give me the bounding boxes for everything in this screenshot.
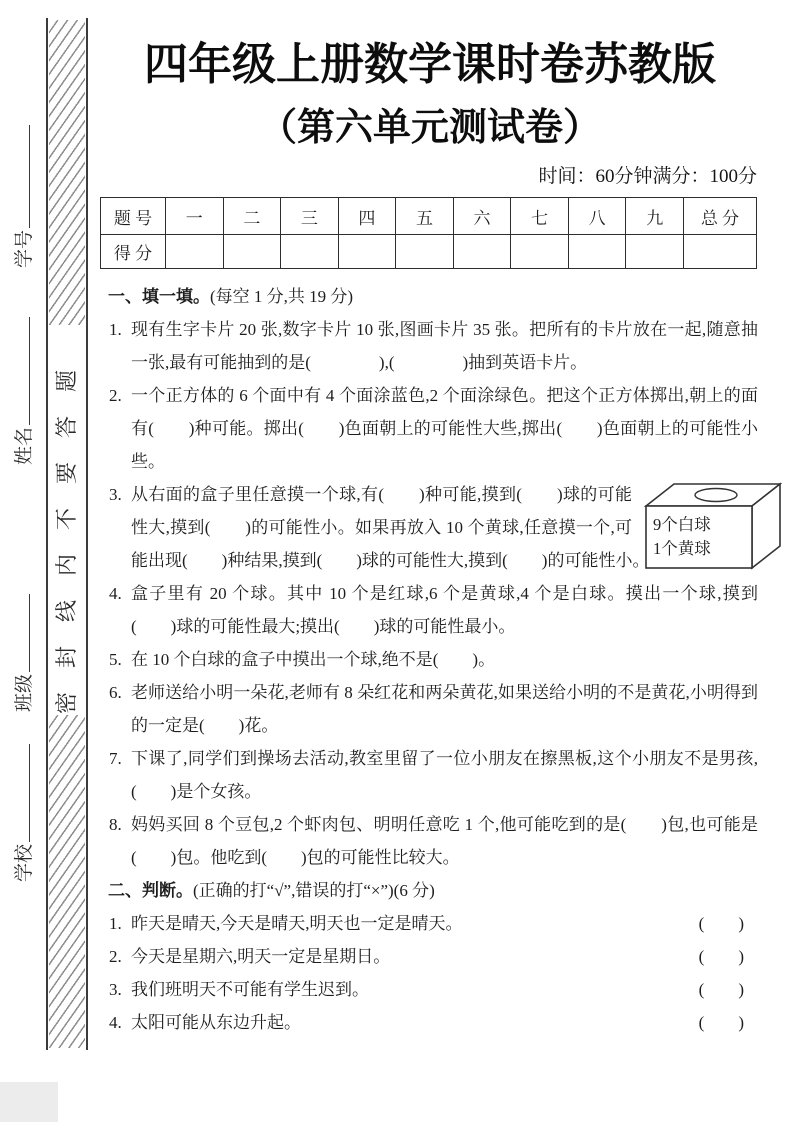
section2-title: 二、判断。 <box>108 881 193 900</box>
answer-bracket: ( ) <box>699 973 744 1006</box>
class-field: 班级 <box>12 590 36 712</box>
score-table-header-cell: 总 分 <box>684 198 757 235</box>
question-number: 6. <box>109 676 122 709</box>
score-cell <box>626 235 684 269</box>
paper-title-line1: 四年级上册数学课时卷苏教版 <box>100 28 760 92</box>
question-number: 4. <box>109 577 122 610</box>
score-cell <box>568 235 626 269</box>
question-text: 盒子里有 20 个球。其中 10 个是红球,6 个是黄球,4 个是白球。摸出一个… <box>131 584 758 636</box>
ball-box-figure: 9个白球 1个黄球 <box>642 480 782 544</box>
question-text: 老师送给小明一朵花,老师有 8 朵红花和两朵黄花,如果送给小明的不是黄花,小明得… <box>131 683 758 735</box>
score-table-header-cell: 五 <box>396 198 454 235</box>
paper-body: 一、填一填。(每空 1 分,共 19 分) 1. 现有生字卡片 20 张,数字卡… <box>108 280 758 1039</box>
question-number: 3. <box>109 478 122 511</box>
fill-question-5: 5. 在 10 个白球的盒子中摸出一个球,绝不是( )。 <box>108 643 758 676</box>
question-text: 现有生字卡片 20 张,数字卡片 10 张,图画卡片 35 张。把所有的卡片放在… <box>131 320 758 372</box>
score-table-header-cell: 三 <box>281 198 339 235</box>
question-text: 太阳可能从东边升起。 <box>131 1013 301 1032</box>
seal-hatch-bottom <box>49 715 85 1048</box>
question-text: 在 10 个白球的盒子中摸出一个球,绝不是( )。 <box>131 650 495 669</box>
score-table-header-cell: 六 <box>453 198 511 235</box>
question-number: 1. <box>109 907 122 940</box>
score-table-header-cell: 八 <box>568 198 626 235</box>
section1-note: (每空 1 分,共 19 分) <box>210 287 353 306</box>
question-text: 下课了,同学们到操场去活动,教室里留了一位小朋友在擦黑板,这个小朋友不是男孩,(… <box>131 749 758 801</box>
section2-heading: 二、判断。(正确的打“√”,错误的打“×”)(6 分) <box>108 874 758 907</box>
score-cell <box>281 235 339 269</box>
fill-question-4: 4. 盒子里有 20 个球。其中 10 个是红球,6 个是黄球,4 个是白球。摸… <box>108 577 758 643</box>
question-number: 8. <box>109 808 122 841</box>
question-number: 7. <box>109 742 122 775</box>
fill-question-6: 6. 老师送给小明一朵花,老师有 8 朵红花和两朵黄花,如果送给小明的不是黄花,… <box>108 676 758 742</box>
question-number: 4. <box>109 1006 122 1039</box>
seal-notice-text: 密封线内不要答题 <box>54 314 80 714</box>
seal-line-right <box>86 18 88 1050</box>
score-label-cell: 得 分 <box>101 235 166 269</box>
answer-bracket: ( ) <box>699 940 744 973</box>
answer-bracket: ( ) <box>699 907 744 940</box>
question-text: 今天是星期六,明天一定是星期日。 <box>131 947 390 966</box>
question-number: 3. <box>109 973 122 1006</box>
section1-title: 一、填一填。 <box>108 287 210 306</box>
score-cell <box>511 235 569 269</box>
question-number: 5. <box>109 643 122 676</box>
question-text: 妈妈买回 8 个豆包,2 个虾肉包、明明任意吃 1 个,他可能吃到的是( )包,… <box>131 815 758 867</box>
fill-question-7: 7. 下课了,同学们到操场去活动,教室里留了一位小朋友在擦黑板,这个小朋友不是男… <box>108 742 758 808</box>
box-label-line1: 9个白球 <box>653 515 711 534</box>
test-paper-page: 学号 姓名 班级 学校 密封线内不要答题 四年级上册数学课时卷苏教版 （第六单元… <box>0 0 793 1122</box>
paper-title-line2: （第六单元测试卷） <box>100 96 760 151</box>
seal-line-left <box>46 18 48 1050</box>
score-cell <box>223 235 281 269</box>
section2-note: (正确的打“√”,错误的打“×”)(6 分) <box>193 881 435 900</box>
box-label-line2: 1个黄球 <box>653 539 711 558</box>
name-field: 姓名 <box>12 315 36 465</box>
question-number: 2. <box>109 940 122 973</box>
judgment-question-4: 4. 太阳可能从东边升起。 ( ) <box>108 1006 758 1039</box>
question-text: 我们班明天不可能有学生迟到。 <box>131 980 369 999</box>
time-and-score-info: 时间：60分钟满分：100分 <box>100 161 757 188</box>
score-table-header-row: 题 号 一 二 三 四 五 六 七 八 九 总 分 <box>101 198 757 235</box>
scan-artifact <box>0 1082 58 1122</box>
score-cell <box>684 235 757 269</box>
student-id-label: 学号 <box>14 230 35 268</box>
judgment-question-2: 2. 今天是星期六,明天一定是星期日。 ( ) <box>108 940 758 973</box>
class-underline <box>12 594 30 672</box>
fill-question-3: 3. 9个白球 1个黄球 从右面的盒子里任意摸一个球,有( )种可能,摸到( )… <box>108 478 758 577</box>
score-cell <box>396 235 454 269</box>
box-hole <box>695 489 737 502</box>
judgment-question-3: 3. 我们班明天不可能有学生迟到。 ( ) <box>108 973 758 1006</box>
score-table-header-cell: 题 号 <box>101 198 166 235</box>
question-number: 1. <box>109 313 122 346</box>
score-table-header-cell: 一 <box>166 198 224 235</box>
seal-hatch-top <box>49 20 85 325</box>
class-label: 班级 <box>14 674 35 712</box>
fill-question-1: 1. 现有生字卡片 20 张,数字卡片 10 张,图画卡片 35 张。把所有的卡… <box>108 313 758 379</box>
score-table-header-cell: 九 <box>626 198 684 235</box>
section1-heading: 一、填一填。(每空 1 分,共 19 分) <box>108 280 758 313</box>
answer-bracket: ( ) <box>699 1006 744 1039</box>
score-cell <box>453 235 511 269</box>
student-id-underline <box>12 125 30 228</box>
student-id-field: 学号 <box>12 127 36 268</box>
name-underline <box>12 317 30 425</box>
score-table-header-cell: 七 <box>511 198 569 235</box>
school-underline <box>12 744 30 842</box>
name-label: 姓名 <box>14 427 35 465</box>
school-field: 学校 <box>12 737 36 882</box>
score-table-header-cell: 四 <box>338 198 396 235</box>
question-text: 从右面的盒子里任意摸一个球,有( )种可能,摸到( )球的可能性大,摸到( )的… <box>131 485 649 570</box>
school-label: 学校 <box>14 844 35 882</box>
score-cell <box>166 235 224 269</box>
judgment-question-1: 1. 昨天是晴天,今天是晴天,明天也一定是晴天。 ( ) <box>108 907 758 940</box>
score-table-header-cell: 二 <box>223 198 281 235</box>
score-table: 题 号 一 二 三 四 五 六 七 八 九 总 分 得 分 <box>100 197 757 269</box>
score-cell <box>338 235 396 269</box>
question-text: 一个正方体的 6 个面中有 4 个面涂蓝色,2 个面涂绿色。把这个正方体掷出,朝… <box>131 386 758 471</box>
fill-question-8: 8. 妈妈买回 8 个豆包,2 个虾肉包、明明任意吃 1 个,他可能吃到的是( … <box>108 808 758 874</box>
question-number: 2. <box>109 379 122 412</box>
score-table-score-row: 得 分 <box>101 235 757 269</box>
question-text: 昨天是晴天,今天是晴天,明天也一定是晴天。 <box>131 914 463 933</box>
fill-question-2: 2. 一个正方体的 6 个面中有 4 个面涂蓝色,2 个面涂绿色。把这个正方体掷… <box>108 379 758 478</box>
